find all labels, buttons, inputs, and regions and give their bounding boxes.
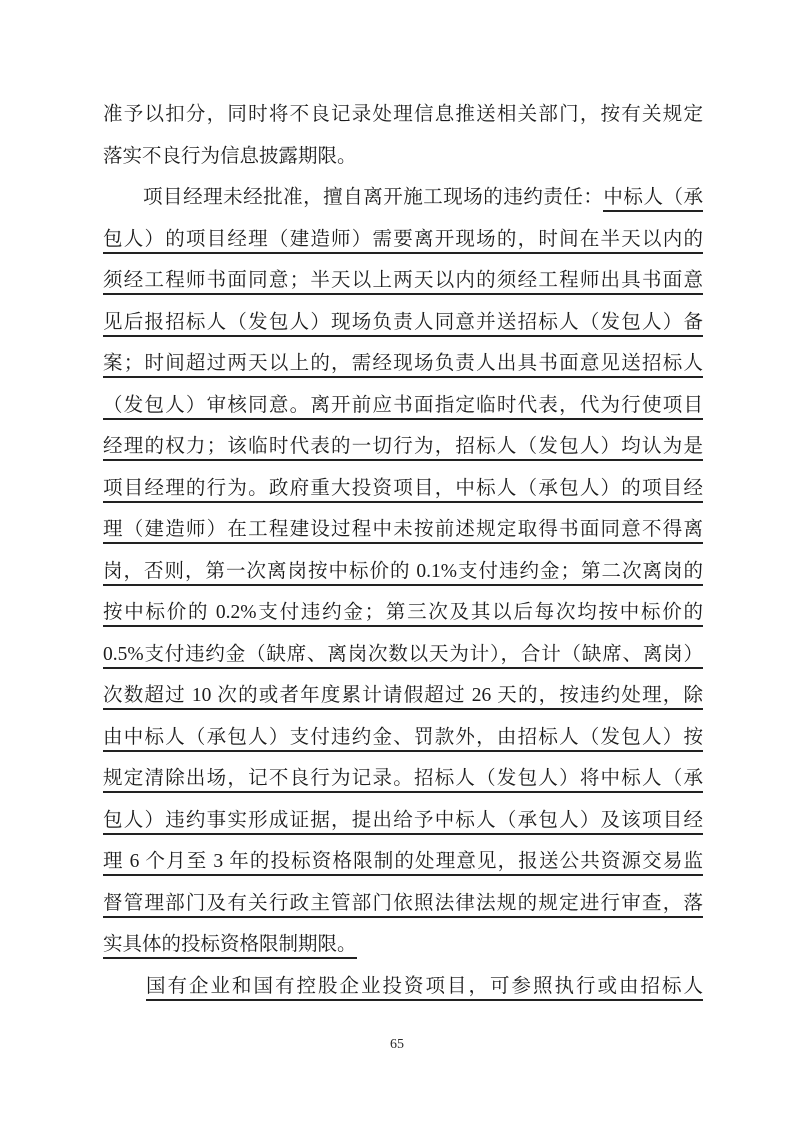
underlined-text: 岗，否则，第一次离岗按中标价的 0.1%支付违约金；第二次离岗的 xyxy=(103,561,703,586)
text-line: 次数超过 10 次的或者年度累计请假超过 26 天的，按违约处理，除 xyxy=(103,675,703,717)
text-line: 按中标价的 0.2%支付违约金；第三次及其以后每次均按中标价的 xyxy=(103,592,703,634)
text-line: 须经工程师书面同意；半天以上两天以内的须经工程师出具书面意 xyxy=(103,260,703,302)
text-line: 经理的权力；该临时代表的一切行为，招标人（发包人）均认为是 xyxy=(103,426,703,468)
text-line: 准予以扣分，同时将不良记录处理信息推送相关部门，按有关规定 xyxy=(103,94,703,136)
paragraph: 项目经理未经批准，擅自离开施工现场的违约责任：中标人（承包人）的项目经理（建造师… xyxy=(103,177,703,966)
underlined-text: 按中标价的 0.2%支付违约金；第三次及其以后每次均按中标价的 xyxy=(103,602,703,627)
text-line: 包人）的项目经理（建造师）需要离开现场的，时间在半天以内的 xyxy=(103,219,703,261)
underlined-text: 实具体的投标资格限制期限。 xyxy=(103,934,357,959)
underlined-text: 包人）的项目经理（建造师）需要离开现场的，时间在半天以内的 xyxy=(103,229,703,254)
text-line: 由中标人（承包人）支付违约金、罚款外，由招标人（发包人）按 xyxy=(103,717,703,759)
page-number: 65 xyxy=(0,1036,794,1054)
underlined-text: 0.5%支付违约金（缺席、离岗次数以天为计），合计（缺席、离岗） xyxy=(103,644,703,669)
underlined-text: 见后报招标人（发包人）现场负责人同意并送招标人（发包人）备 xyxy=(103,312,703,337)
underlined-text: 项目经理的行为。政府重大投资项目，中标人（承包人）的项目经 xyxy=(103,478,703,503)
text-segment xyxy=(103,976,146,997)
underlined-text: 规定清除出场，记不良行为记录。招标人（发包人）将中标人（承 xyxy=(103,768,703,793)
text-line: 包人）违约事实形成证据，提出给予中标人（承包人）及该项目经 xyxy=(103,800,703,842)
text-line: 规定清除出场，记不良行为记录。招标人（发包人）将中标人（承 xyxy=(103,758,703,800)
text-segment: 项目经理未经批准，擅自离开施工现场的违约责任： xyxy=(103,187,603,208)
text-line: 国有企业和国有控股企业投资项目，可参照执行或由招标人 xyxy=(103,966,703,1008)
underlined-text: 督管理部门及有关行政主管部门依照法律法规的规定进行审查，落 xyxy=(103,893,703,918)
underlined-text: 国有企业和国有控股企业投资项目，可参照执行或由招标人 xyxy=(146,976,703,1001)
underlined-text: 由中标人（承包人）支付违约金、罚款外，由招标人（发包人）按 xyxy=(103,727,703,752)
text-line: 实具体的投标资格限制期限。 xyxy=(103,924,703,966)
underlined-text: 经理的权力；该临时代表的一切行为，招标人（发包人）均认为是 xyxy=(103,436,703,461)
text-line: 理（建造师）在工程建设过程中未按前述规定取得书面同意不得离 xyxy=(103,509,703,551)
underlined-text: 须经工程师书面同意；半天以上两天以内的须经工程师出具书面意 xyxy=(103,270,703,295)
underlined-text: （发包人）审核同意。离开前应书面指定临时代表，代为行使项目 xyxy=(103,395,703,420)
underlined-text: 中标人（承 xyxy=(603,187,703,212)
text-line: （发包人）审核同意。离开前应书面指定临时代表，代为行使项目 xyxy=(103,385,703,427)
text-line: 岗，否则，第一次离岗按中标价的 0.1%支付违约金；第二次离岗的 xyxy=(103,551,703,593)
text-line: 项目经理的行为。政府重大投资项目，中标人（承包人）的项目经 xyxy=(103,468,703,510)
underlined-text: 案；时间超过两天以上的，需经现场负责人出具书面意见送招标人 xyxy=(103,353,703,378)
text-line: 见后报招标人（发包人）现场负责人同意并送招标人（发包人）备 xyxy=(103,302,703,344)
underlined-text: 理 6 个月至 3 年的投标资格限制的处理意见，报送公共资源交易监 xyxy=(103,851,703,876)
text-line: 项目经理未经批准，擅自离开施工现场的违约责任：中标人（承 xyxy=(103,177,703,219)
paragraph: 准予以扣分，同时将不良记录处理信息推送相关部门，按有关规定落实不良行为信息披露期… xyxy=(103,94,703,177)
text-line: 案；时间超过两天以上的，需经现场负责人出具书面意见送招标人 xyxy=(103,343,703,385)
underlined-text: 次数超过 10 次的或者年度累计请假超过 26 天的，按违约处理，除 xyxy=(103,685,703,710)
underlined-text: 包人）违约事实形成证据，提出给予中标人（承包人）及该项目经 xyxy=(103,810,703,835)
text-line: 理 6 个月至 3 年的投标资格限制的处理意见，报送公共资源交易监 xyxy=(103,841,703,883)
document-body: 准予以扣分，同时将不良记录处理信息推送相关部门，按有关规定落实不良行为信息披露期… xyxy=(103,94,703,1007)
text-segment: 落实不良行为信息披露期限。 xyxy=(103,146,357,167)
text-segment: 准予以扣分，同时将不良记录处理信息推送相关部门，按有关规定 xyxy=(103,104,703,125)
document-page: 准予以扣分，同时将不良记录处理信息推送相关部门，按有关规定落实不良行为信息披露期… xyxy=(0,0,794,1122)
text-line: 0.5%支付违约金（缺席、离岗次数以天为计），合计（缺席、离岗） xyxy=(103,634,703,676)
paragraph: 国有企业和国有控股企业投资项目，可参照执行或由招标人 xyxy=(103,966,703,1008)
text-line: 督管理部门及有关行政主管部门依照法律法规的规定进行审查，落 xyxy=(103,883,703,925)
text-line: 落实不良行为信息披露期限。 xyxy=(103,136,703,178)
underlined-text: 理（建造师）在工程建设过程中未按前述规定取得书面同意不得离 xyxy=(103,519,703,544)
